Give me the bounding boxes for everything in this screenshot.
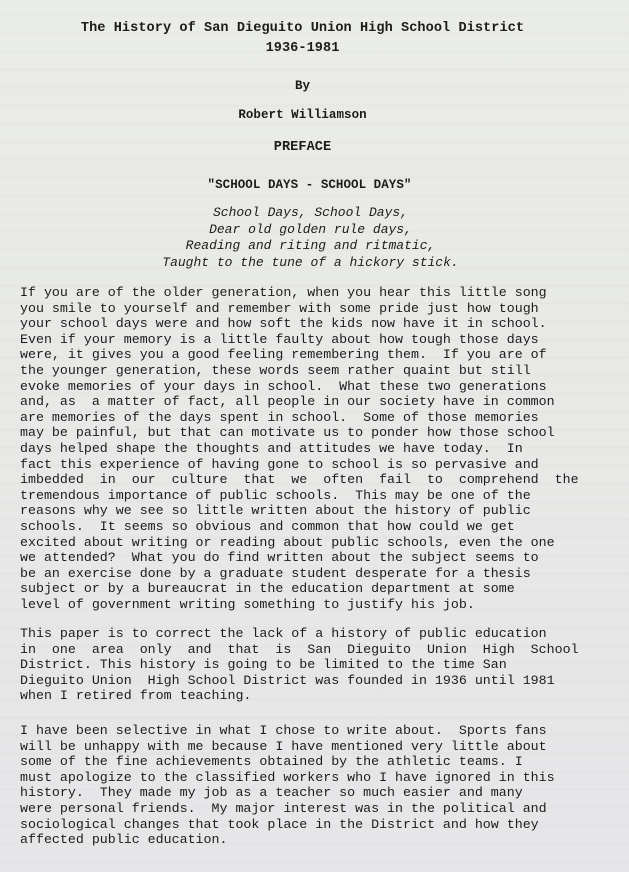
paragraph-line: and, as a matter of fact, all people in … (20, 394, 605, 410)
paragraph-line: you smile to yourself and remember with … (20, 301, 605, 317)
paragraph-intro: If you are of the older generation, when… (20, 285, 605, 612)
paragraph-line: be an exercise done by a graduate studen… (20, 566, 605, 582)
paragraph-line: tremendous importance of public schools.… (20, 488, 605, 504)
paragraph-line: schools. It seems so obvious and common … (20, 519, 605, 535)
paragraph-line: If you are of the older generation, when… (20, 285, 605, 301)
paragraph-line: imbedded in our culture that we often fa… (20, 472, 605, 488)
poem-line: Taught to the tune of a hickory stick. (0, 255, 629, 272)
paragraph-line: history. They made my job as a teacher s… (20, 785, 605, 801)
paragraph-purpose: This paper is to correct the lack of a h… (20, 626, 605, 704)
paragraph-line: in one area only and that is San Dieguit… (20, 642, 605, 658)
paragraph-line: excited about writing or reading about p… (20, 535, 605, 551)
paragraph-line: will be unhappy with me because I have m… (20, 739, 605, 755)
song-title: "SCHOOL DAYS - SCHOOL DAYS" (0, 176, 624, 194)
paragraph-line: the younger generation, these words seem… (20, 363, 605, 379)
paragraph-line: affected public education. (20, 832, 605, 848)
paragraph-line: were personal friends. My major interest… (20, 801, 605, 817)
paragraph-line: evoke memories of your days in school. W… (20, 379, 605, 395)
byline-label: By (0, 77, 617, 95)
paragraph-line: your school days were and how soft the k… (20, 316, 605, 332)
paragraph-line: fact this experience of having gone to s… (20, 457, 605, 473)
poem-line: Dear old golden rule days, (0, 222, 629, 239)
document-title: The History of San Dieguito Union High S… (0, 20, 617, 38)
poem-verse: School Days, School Days, Dear old golde… (0, 205, 629, 272)
paragraph-line: are memories of the days spent in school… (20, 410, 605, 426)
paragraph-line: subject or by a bureaucrat in the educat… (20, 581, 605, 597)
section-heading: PREFACE (0, 139, 617, 157)
paragraph-line: I have been selective in what I chose to… (20, 723, 605, 739)
document-date-range: 1936-1981 (0, 40, 617, 58)
paragraph-line: days helped shape the thoughts and attit… (20, 441, 605, 457)
paragraph-line: This paper is to correct the lack of a h… (20, 626, 605, 642)
paragraph-line: District. This history is going to be li… (20, 657, 605, 673)
document-page: The History of San Dieguito Union High S… (0, 0, 629, 872)
paragraph-line: must apologize to the classified workers… (20, 770, 605, 786)
paragraph-line: sociological changes that took place in … (20, 817, 605, 833)
author-name: Robert Williamson (0, 106, 617, 124)
paragraph-line: when I retired from teaching. (20, 688, 605, 704)
paragraph-line: may be painful, but that can motivate us… (20, 425, 605, 441)
paragraph-line: reasons why we see so little written abo… (20, 503, 605, 519)
paragraph-line: some of the fine achievements obtained b… (20, 754, 605, 770)
paragraph-line: Dieguito Union High School District was … (20, 673, 605, 689)
poem-line: School Days, School Days, (0, 205, 629, 222)
paragraph-scope: I have been selective in what I chose to… (20, 723, 605, 848)
paragraph-line: level of government writing something to… (20, 597, 605, 613)
paragraph-line: we attended? What you do find written ab… (20, 550, 605, 566)
paragraph-line: Even if your memory is a little faulty a… (20, 332, 605, 348)
poem-line: Reading and riting and ritmatic, (0, 238, 629, 255)
paragraph-line: were, it gives you a good feeling rememb… (20, 347, 605, 363)
